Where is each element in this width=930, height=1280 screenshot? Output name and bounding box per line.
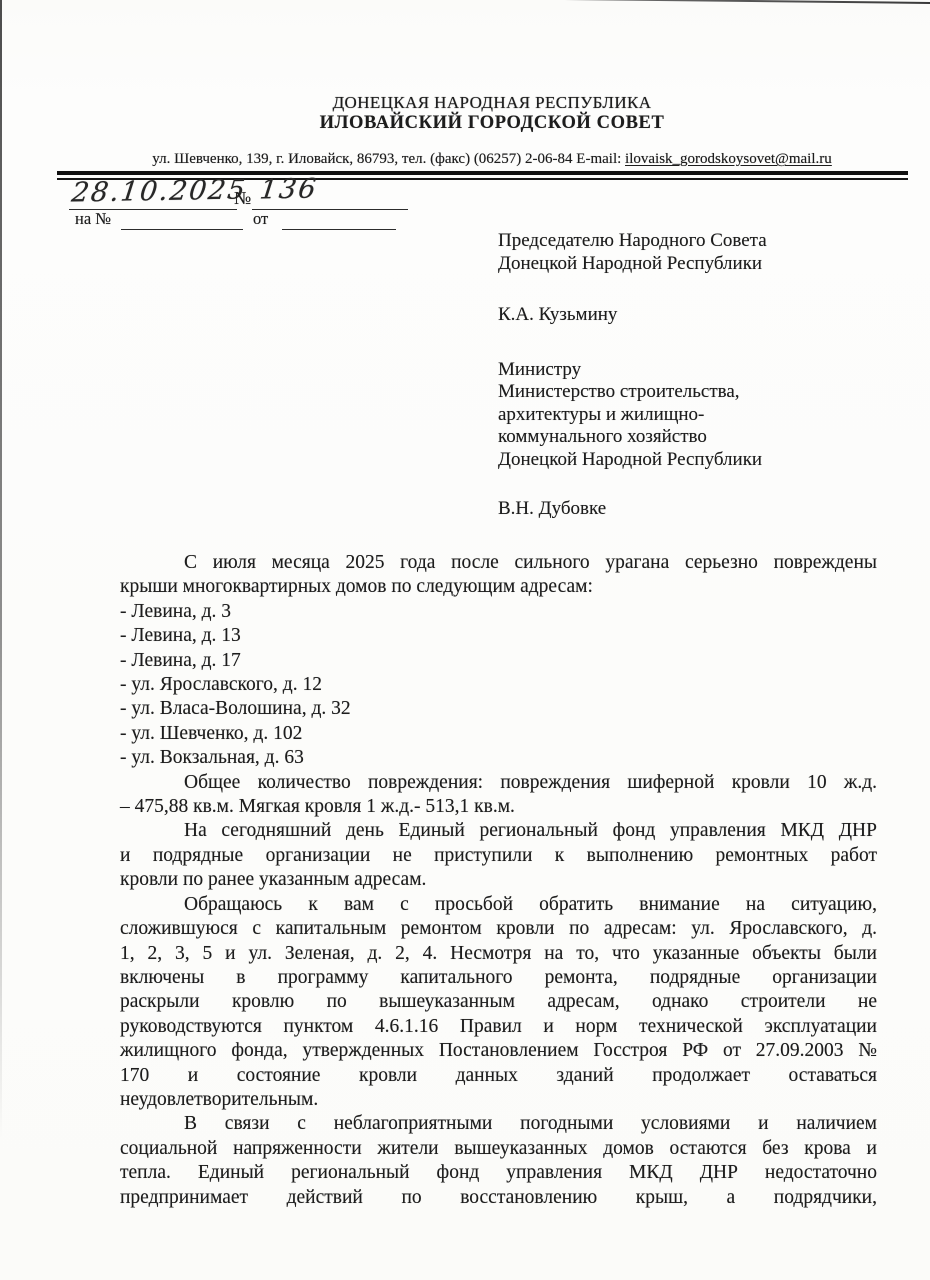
body-line: неудовлетворительным. bbox=[120, 1088, 877, 1112]
body-line: кровли по ранее указанным адресам. bbox=[120, 868, 877, 892]
scan-artifact-left-edge bbox=[0, 0, 2, 1140]
body-line: - ул. Власа-Волошина, д. 32 bbox=[120, 697, 877, 721]
reply-number-underline bbox=[121, 229, 243, 230]
recipient-line: В.Н. Дубовке bbox=[498, 498, 890, 521]
paragraph: На сегодняшний день Единый региональный … bbox=[120, 819, 877, 892]
body-line: раскрыли кровлю по вышеуказанным адресам… bbox=[120, 990, 877, 1014]
body-line: - Левина, д. 3 bbox=[120, 600, 877, 624]
body-line: – 475,88 кв.м. Мягкая кровля 1 ж.д.- 513… bbox=[120, 795, 877, 819]
recipient-group: К.А. Кузьмину bbox=[498, 304, 890, 327]
reply-date-underline bbox=[282, 229, 396, 230]
body-line: жилищного фонда, утвержденных Постановле… bbox=[120, 1039, 877, 1063]
paragraph: - ул. Вокзальная, д. 63 bbox=[120, 746, 877, 770]
body-line: включены в программу капитального ремонт… bbox=[120, 966, 877, 990]
body-line: - Левина, д. 13 bbox=[120, 624, 877, 648]
recipient-group: Председателю Народного СоветаДонецкой На… bbox=[498, 230, 890, 275]
paragraph: - Левина, д. 17 bbox=[120, 649, 877, 673]
recipient-line: Министру bbox=[498, 359, 890, 382]
email-link[interactable]: ilovaisk_gorodskoysovet@mail.ru bbox=[625, 151, 832, 167]
body-line: тепла. Единый региональный фонд управлен… bbox=[120, 1161, 877, 1185]
body-line: С июля месяца 2025 года после сильного у… bbox=[120, 551, 877, 575]
body-line: крыши многоквартирных домов по следующим… bbox=[120, 575, 877, 599]
paragraph: - ул. Ярославского, д. 12 bbox=[120, 673, 877, 697]
handwritten-date: 28.10.2025 bbox=[70, 174, 249, 208]
number-underline bbox=[252, 209, 408, 210]
body-line: социальной напряженности жители вышеуказ… bbox=[120, 1137, 877, 1161]
recipient-line: архитектуры и жилищно- bbox=[498, 404, 890, 427]
letter-body: С июля месяца 2025 года после сильного у… bbox=[120, 551, 877, 1210]
paragraph: - Левина, д. 3 bbox=[120, 600, 877, 624]
paragraph: Обращаюсь к вам с просьбой обратить вним… bbox=[120, 893, 877, 1113]
org-name-city-council: ИЛОВАЙСКИЙ ГОРОДСКОЙ СОВЕТ bbox=[57, 113, 927, 134]
body-line: - ул. Вокзальная, д. 63 bbox=[120, 746, 877, 770]
address-text: ул. Шевченко, 139, г. Иловайск, 86793, т… bbox=[152, 151, 625, 167]
paragraph: Общее количество повреждения: повреждени… bbox=[120, 771, 877, 820]
contact-line: ул. Шевченко, 139, г. Иловайск, 86793, т… bbox=[57, 151, 927, 168]
body-line: предпринимает действий по восстановлению… bbox=[120, 1186, 877, 1210]
scan-artifact-top-line bbox=[6, 0, 930, 4]
body-line: Общее количество повреждения: повреждени… bbox=[120, 771, 877, 795]
body-line: Обращаюсь к вам с просьбой обратить вним… bbox=[120, 893, 877, 917]
recipient-group: В.Н. Дубовке bbox=[498, 498, 890, 521]
recipient-group: МиниструМинистерство строительства,архит… bbox=[498, 359, 890, 472]
body-line: На сегодняшний день Единый региональный … bbox=[120, 819, 877, 843]
body-line: и подрядные организации не приступили к … bbox=[120, 844, 877, 868]
paragraph: С июля месяца 2025 года после сильного у… bbox=[120, 551, 877, 600]
reply-from-label: от bbox=[253, 209, 268, 229]
document-page: ДОНЕЦКАЯ НАРОДНАЯ РЕСПУБЛИКА ИЛОВАЙСКИЙ … bbox=[0, 0, 930, 1280]
recipient-line: Донецкой Народной Республики bbox=[498, 449, 890, 472]
number-sign: № bbox=[234, 188, 251, 209]
recipient-line: Министерство строительства, bbox=[498, 381, 890, 404]
body-line: В связи с неблагоприятными погодными усл… bbox=[120, 1112, 877, 1136]
paragraph: - ул. Власа-Волошина, д. 32 bbox=[120, 697, 877, 721]
body-line: руководствуются пунктом 4.6.1.16 Правил … bbox=[120, 1015, 877, 1039]
reply-to-number-label: на № bbox=[75, 209, 111, 229]
org-name-republic: ДОНЕЦКАЯ НАРОДНАЯ РЕСПУБЛИКА bbox=[57, 93, 927, 113]
recipient-line: Председателю Народного Совета bbox=[498, 230, 890, 253]
recipient-block: Председателю Народного СоветаДонецкой На… bbox=[498, 230, 890, 521]
paragraph: - Левина, д. 13 bbox=[120, 624, 877, 648]
body-line: - Левина, д. 17 bbox=[120, 649, 877, 673]
body-line: - ул. Шевченко, д. 102 bbox=[120, 722, 877, 746]
body-line: сложившуюся с капитальным ремонтом кровл… bbox=[120, 917, 877, 941]
body-line: 170 и состояние кровли данных зданий про… bbox=[120, 1064, 877, 1088]
paragraph: - ул. Шевченко, д. 102 bbox=[120, 722, 877, 746]
body-line: 1, 2, 3, 5 и ул. Зеленая, д. 2, 4. Несмо… bbox=[120, 942, 877, 966]
recipient-line: коммунального хозяйство bbox=[498, 426, 890, 449]
recipient-line: Донецкой Народной Республики bbox=[498, 253, 890, 276]
recipient-line: К.А. Кузьмину bbox=[498, 304, 890, 327]
handwritten-number: 136 bbox=[258, 174, 319, 206]
body-line: - ул. Ярославского, д. 12 bbox=[120, 673, 877, 697]
paragraph: В связи с неблагоприятными погодными усл… bbox=[120, 1112, 877, 1210]
